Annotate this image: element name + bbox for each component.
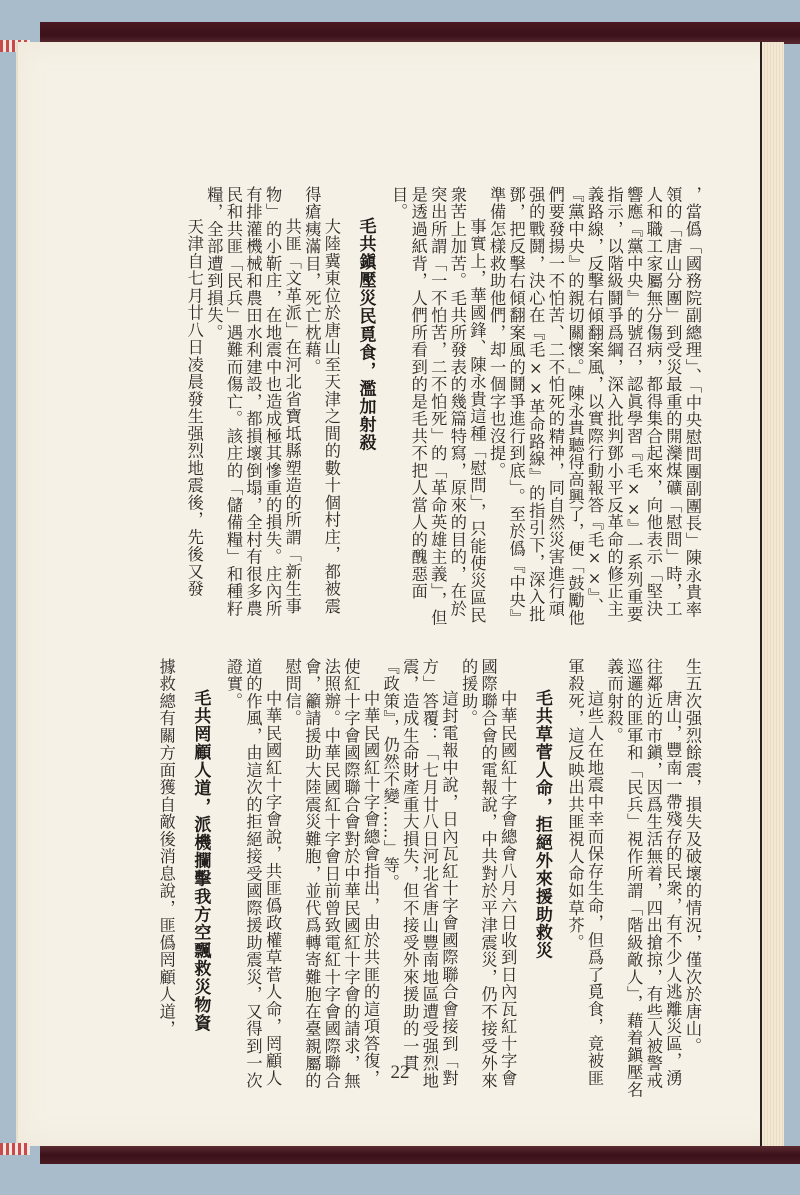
book-page: ，當僞「國務院副總理」、「中央慰問團副團長」陳永貴率領的「唐山分團」到受災最重的… <box>16 42 784 1146</box>
paragraph: ，當僞「國務院副總理」、「中央慰問團副團長」陳永貴率領的「唐山分團」到受災最重的… <box>486 186 702 632</box>
paragraph: 大陸冀東位於唐山至天津之間的數十個村庄，都被震得瘡痍滿目，死亡枕藉。 <box>302 186 341 632</box>
paragraph: 中華民國紅十字會總會指出，由於共匪的這項答復，使紅十字會國際聯合會對於中華民國紅… <box>282 658 380 1104</box>
headband-bottom <box>0 1143 30 1155</box>
bottom-text-block: 生五次强烈餘震，損失及破壞的情況，僅次於唐山。 唐山，豐南一帶殘存的民衆，有不少… <box>62 658 702 1104</box>
paragraph: 共匪「文革派」在河北省寶坻縣塑造的所謂「新生事物」的小靳庄，在地震中也造成極其慘… <box>204 186 302 632</box>
section-heading: 毛共罔顧人道，派機攔擊我方空飄救災物資 <box>190 658 210 1104</box>
paragraph: 據救總有關方面獲自敵後消息說，匪僞罔顧人道， <box>156 658 176 1104</box>
book-cover-top-edge <box>40 22 800 44</box>
page-number: 22 <box>16 1062 784 1084</box>
book-cover-bottom-edge <box>40 1146 800 1164</box>
section-heading: 毛共鎭壓災民覓食，濫加射殺 <box>355 186 375 632</box>
paragraph: 天津自七月廿八日凌晨發生强烈地震後，先後又發 <box>184 186 204 632</box>
page-gutter <box>16 42 18 1146</box>
paragraph: 這些人在地震中幸而保存生命，但爲了覓食，竟被匪軍殺死，這反映出共匪視人命如草芥。 <box>565 658 604 1104</box>
page-fore-edge <box>760 42 784 1146</box>
paragraph: 中華民國紅十字會總會八月六日收到日內瓦紅十字會國際聯合會的電報說，中共對於平津震… <box>458 658 517 1104</box>
paragraph: 事實上，華國鋒、陳永貴這種「慰問」，只能使災區民衆苦上加苦。毛共所發表的幾篇特寫… <box>389 186 487 632</box>
paragraph: 中華民國紅十字會說，共匪僞政權草菅人命，罔顧人道的作風，由這次的拒絕接受國際援助… <box>223 658 282 1104</box>
paragraph: 生五次强烈餘震，損失及破壞的情況，僅次於唐山。 <box>682 658 702 1104</box>
top-text-block: ，當僞「國務院副總理」、「中央慰問團副團長」陳永貴率領的「唐山分團」到受災最重的… <box>62 186 702 632</box>
paragraph: 唐山，豐南一帶殘存的民衆，有不少人逃離災區，湧往鄰近的市鎭，因爲生活無着，四出搶… <box>604 658 682 1104</box>
paragraph: 這封電報中說，日內瓦紅十字會國際聯合會接到「對方」答覆：「七月廿八日河北省唐山豐… <box>380 658 458 1104</box>
section-heading: 毛共草菅人命，拒絕外來援助救災 <box>531 658 551 1104</box>
